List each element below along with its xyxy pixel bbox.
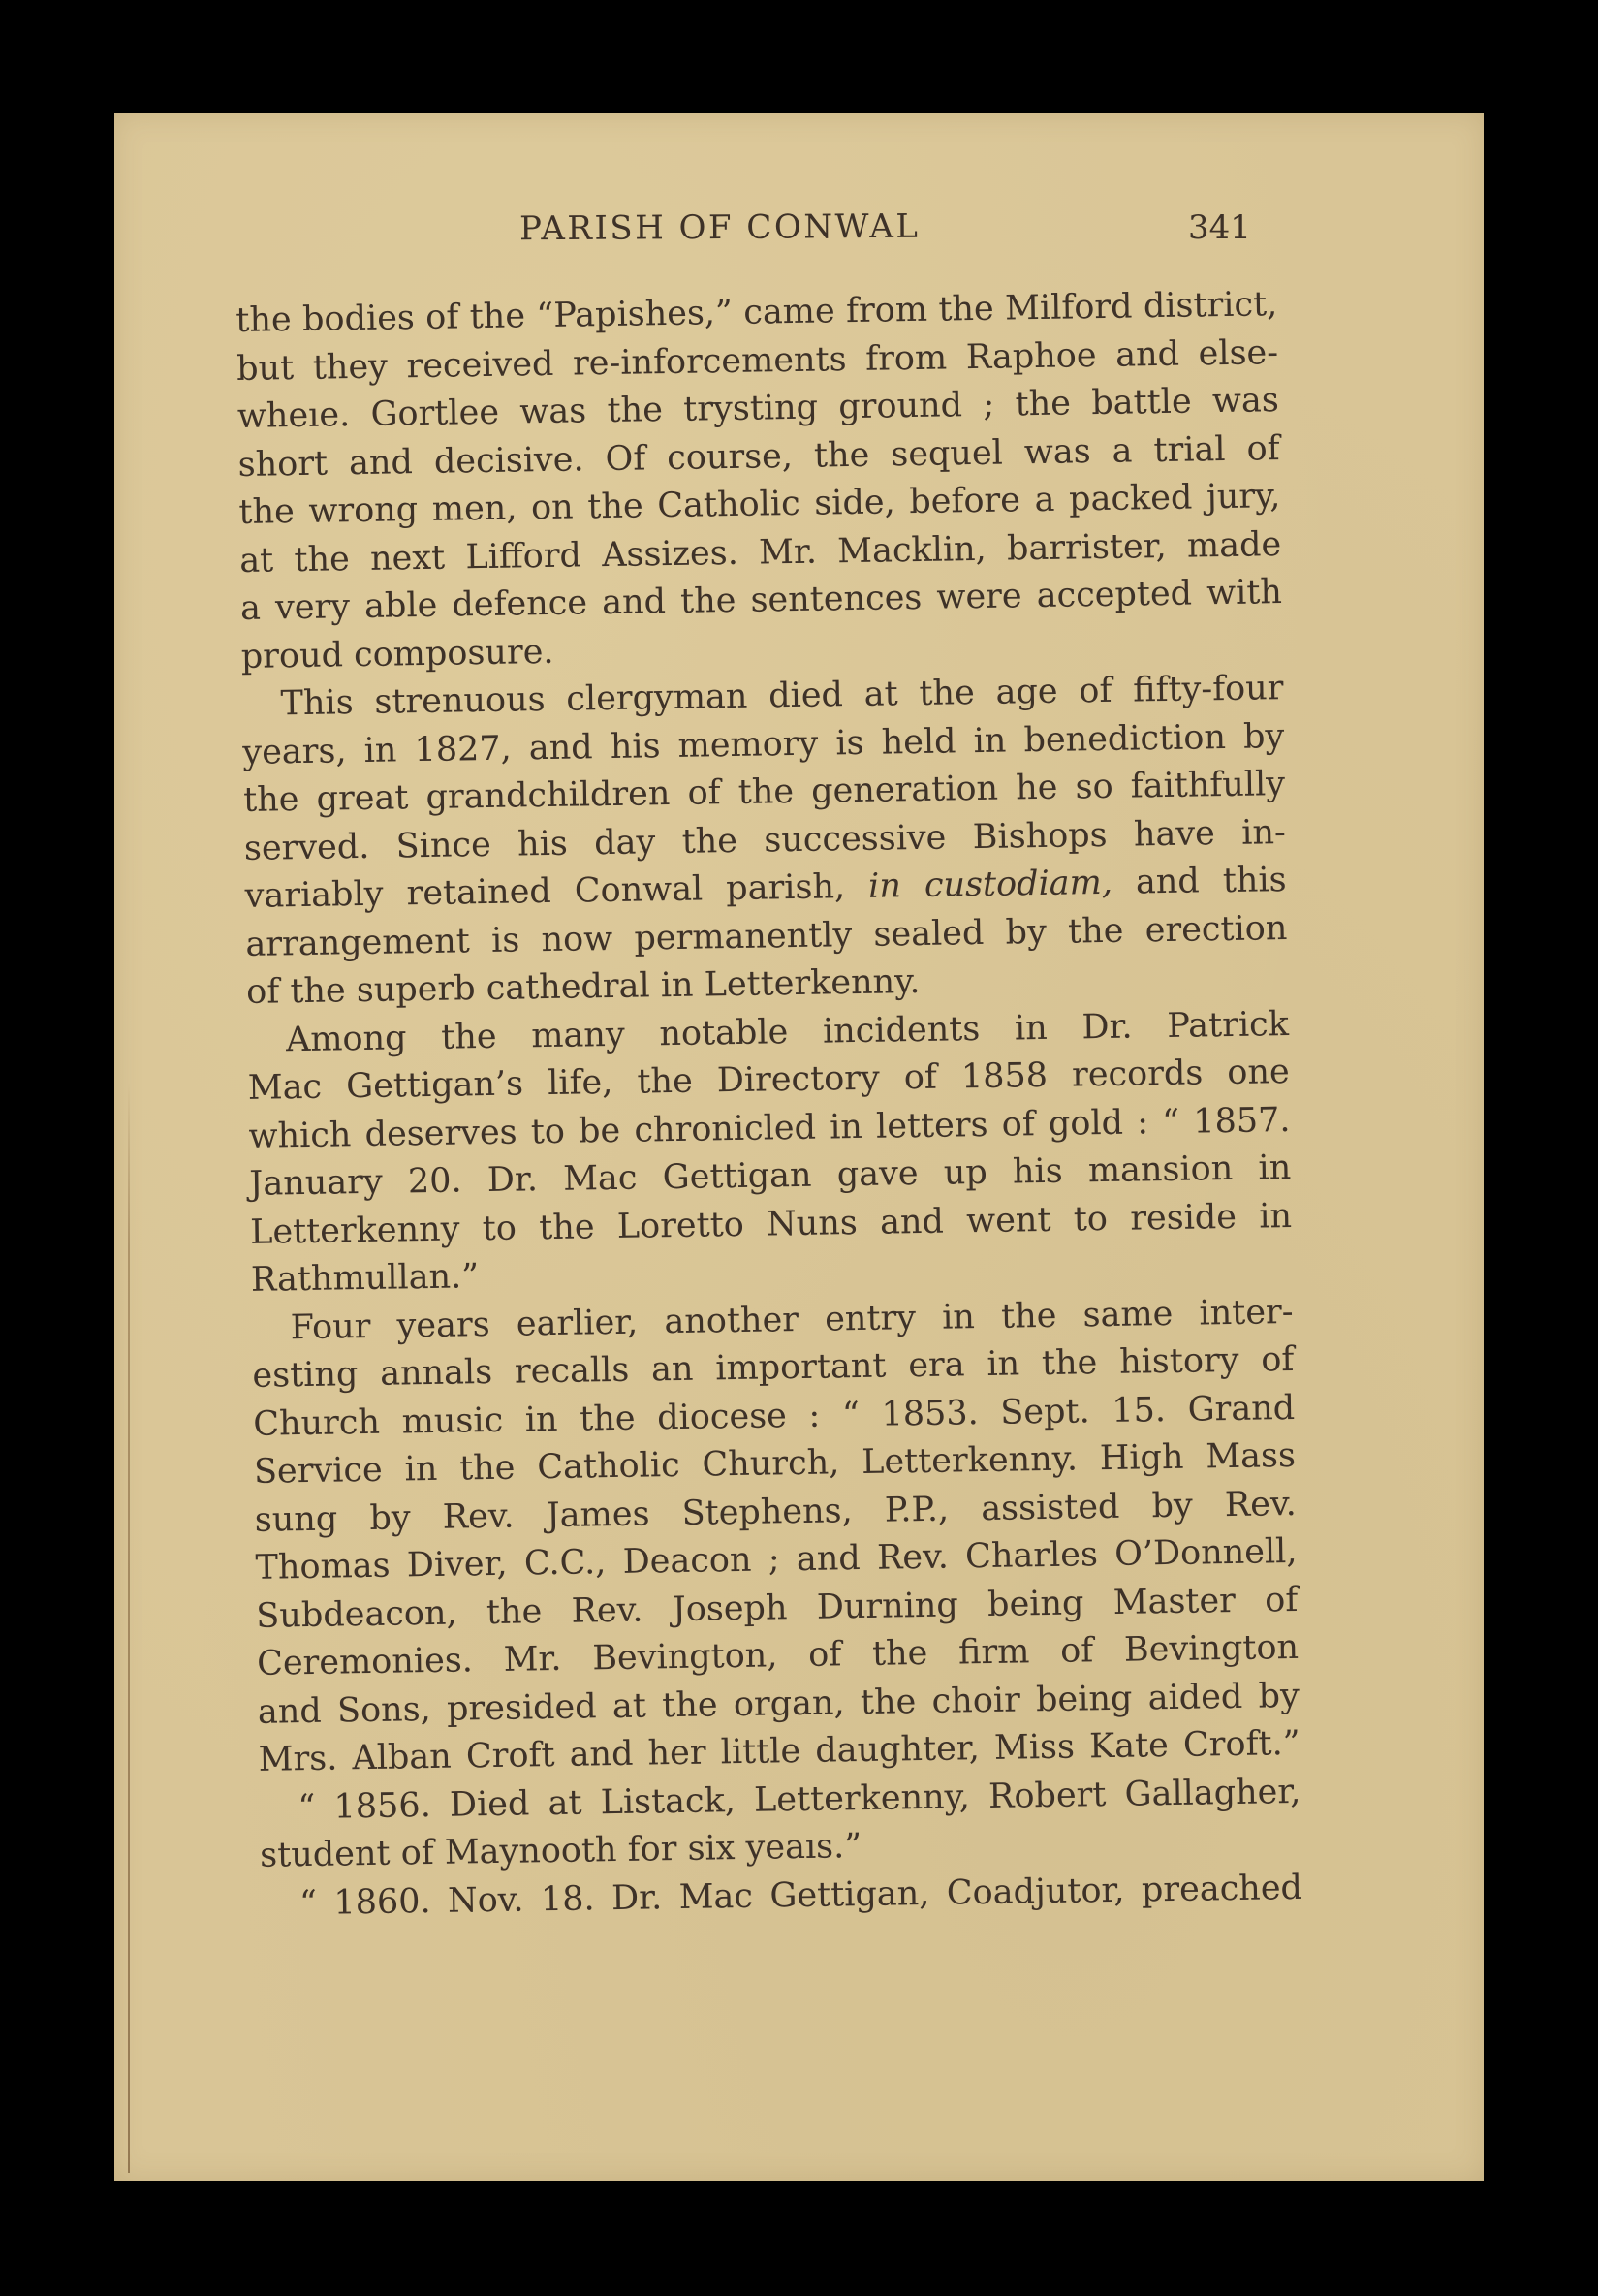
binding-edge-line — [128, 1083, 130, 2173]
text-segment: and this — [1112, 861, 1287, 902]
running-title: PARISH OF CONWAL — [519, 207, 921, 249]
page-number: 341 — [1188, 208, 1251, 247]
book-page: PARISH OF CONWAL 341 the bodies of the “… — [114, 113, 1484, 2181]
running-head: PARISH OF CONWAL 341 — [114, 208, 1484, 257]
body-text: the bodies of the “Papishes,” came from … — [235, 281, 1302, 1929]
italic-phrase: in custodiam, — [868, 864, 1112, 906]
text-segment: variably retained Conwal parish, — [244, 867, 868, 916]
